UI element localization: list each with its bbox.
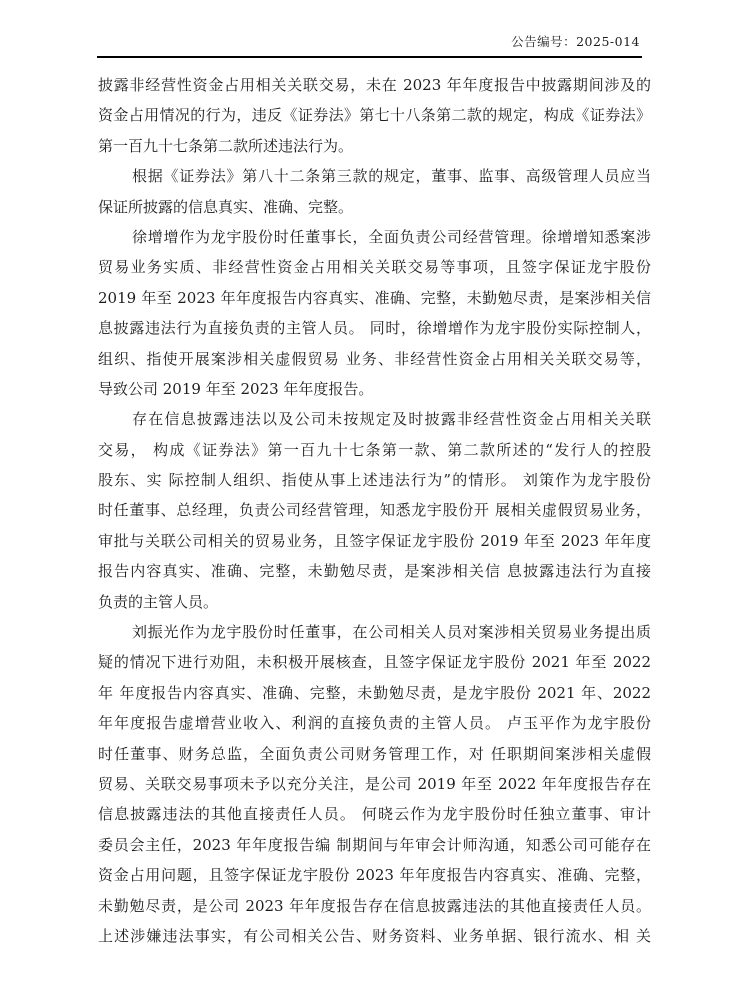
text-line: 保证所披露的信息真实、准确、完整。 (98, 192, 651, 222)
header-divider (97, 56, 642, 58)
text-line: 披露非经营性资金占用相关关联交易，未在 2023 年年度报告中披露期间涉及的 (98, 70, 651, 100)
text-line: 时任董事、财务总监，全面负责公司财务管理工作，对 任职期间案涉相关虚假 (98, 739, 651, 769)
text-line: 年年度报告虚增营业收入、利润的直接负责的主管人员。 卢玉平作为龙宇股份 (98, 708, 651, 738)
text-line: 资金占用情况的行为，违反《证券法》第七十八条第二款的规定，构成《证券法》 (98, 100, 651, 130)
text-line: 徐增增作为龙宇股份时任董事长，全面负责公司经营管理。徐增增知悉案涉 (98, 222, 651, 252)
document-body: 披露非经营性资金占用相关关联交易，未在 2023 年年度报告中披露期间涉及的资金… (98, 70, 651, 951)
text-line: 贸易、关联交易事项未予以充分关注，是公司 2019 年至 2022 年年度报告存… (98, 769, 651, 799)
text-line: 贸易业务实质、非经营性资金占用相关关联交易等事项，且签字保证龙宇股份 (98, 252, 651, 282)
text-line: 存在信息披露违法以及公司未按规定及时披露非经营性资金占用相关关联 (98, 404, 651, 434)
text-line: 2019 年至 2023 年年度报告内容真实、准确、完整，未勤勉尽责，是案涉相关… (98, 283, 651, 313)
text-line: 组织、指使开展案涉相关虚假贸易 业务、非经营性资金占用相关关联交易等， (98, 344, 651, 374)
document-page: 公告编号：2025-014 披露非经营性资金占用相关关联交易，未在 2023 年… (0, 0, 749, 984)
text-line: 息披露违法行为直接负责的主管人员。 同时，徐增增作为龙宇股份实际控制人， (98, 313, 651, 343)
text-line: 刘振光作为龙宇股份时任董事，在公司相关人员对案涉相关贸易业务提出质 (98, 617, 651, 647)
text-line: 负责的主管人员。 (98, 587, 651, 617)
text-line: 资金占用问题，且签字保证龙宇股份 2023 年年度报告内容真实、准确、完整， (98, 860, 651, 890)
text-line: 时任董事、总经理，负责公司经营管理，知悉龙宇股份开 展相关虚假贸易业务， (98, 495, 651, 525)
text-line: 报告内容真实、准确、完整，未勤勉尽责，是案涉相关信 息披露违法行为直接 (98, 556, 651, 586)
text-line: 交易， 构成《证券法》第一百九十七条第一款、第二款所述的“发行人的控股 (98, 435, 651, 465)
text-line: 信息披露违法的其他直接责任人员。 何晓云作为龙宇股份时任独立董事、审计 (98, 799, 651, 829)
text-line: 第一百九十七条第二款所述违法行为。 (98, 131, 651, 161)
text-line: 审批与关联公司相关的贸易业务，且签字保证龙宇股份 2019 年至 2023 年年… (98, 526, 651, 556)
text-line: 导致公司 2019 年至 2023 年年度报告。 (98, 374, 651, 404)
text-line: 委员会主任，2023 年年度报告编 制期间与年审会计师沟通，知悉公司可能存在 (98, 830, 651, 860)
text-line: 疑的情况下进行劝阻，未积极开展核查，且签字保证龙宇股份 2021 年至 2022 (98, 647, 651, 677)
announcement-number: 公告编号：2025-014 (511, 32, 640, 50)
text-line: 年 年度报告内容真实、准确、完整，未勤勉尽责，是龙宇股份 2021 年、2022 (98, 678, 651, 708)
text-line: 根据《证券法》第八十二条第三款的规定，董事、监事、高级管理人员应当 (98, 161, 651, 191)
text-line: 股东、实 际控制人组织、指使从事上述违法行为”的情形。 刘策作为龙宇股份 (98, 465, 651, 495)
text-line: 上述涉嫌违法事实，有公司相关公告、财务资料、业务单据、银行流水、相 关 (98, 921, 651, 951)
text-line: 未勤勉尽责，是公司 2023 年年度报告存在信息披露违法的其他直接责任人员。 (98, 891, 651, 921)
